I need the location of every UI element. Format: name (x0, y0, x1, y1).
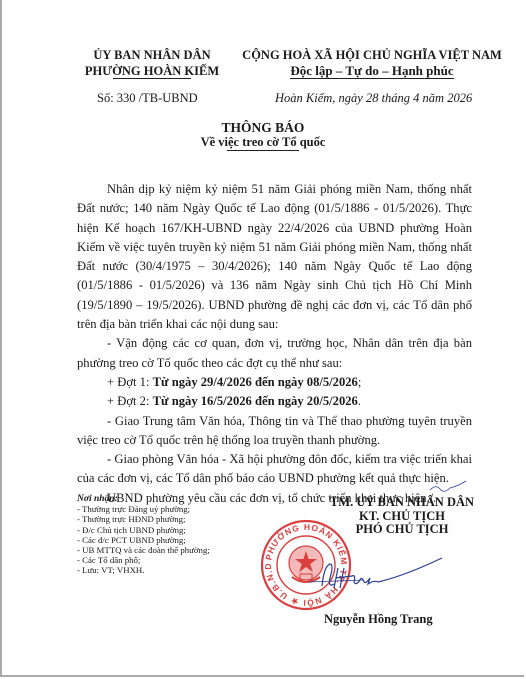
issuing-agency: ỦY BAN NHÂN DÂN PHƯỜNG HOÀN KIẾM (62, 48, 242, 80)
sign-line-1: TM. UỶ BAN NHÂN DÂN (302, 496, 502, 510)
document-number: Số: 330 /TB-UBND (97, 91, 198, 106)
agency-line-2: PHƯỜNG HOÀN KIẾM (85, 64, 219, 78)
recipient-item: - UB MTTQ và các đoàn thể phường; (77, 545, 267, 555)
handwritten-signature-icon (304, 556, 444, 596)
item-2: - Giao Trung tâm Văn hóa, Thông tin và T… (77, 412, 472, 451)
title-main: THÔNG BÁO (2, 120, 524, 135)
recipient-item: - Lưu: VT; VHXH. (77, 565, 267, 575)
phase-2-dates: Từ ngày 16/5/2026 đến ngày 20/5/2026 (153, 394, 358, 408)
recipient-item: - Đ/c Chủ tịch UBND phường; (77, 525, 267, 535)
item-1: - Vận động các cơ quan, đơn vị, trường h… (77, 334, 472, 373)
motto: Độc lập – Tự do – Hạnh phúc (290, 63, 453, 79)
phase-1: + Đợt 1: Từ ngày 29/4/2026 đến ngày 08/5… (77, 373, 472, 392)
place-date: Hoàn Kiếm, ngày 28 tháng 4 năm 2026 (275, 91, 472, 106)
agency-line-1: ỦY BAN NHÂN DÂN (62, 48, 242, 62)
initial-mark-icon (428, 480, 468, 494)
phase-2-label: + Đợt 2: (107, 394, 153, 408)
recipient-item: - Thường trực HĐND phường; (77, 514, 267, 524)
phase-1-label: + Đợt 1: (107, 375, 153, 389)
document-title: THÔNG BÁO Về việc treo cờ Tổ quốc (2, 120, 524, 151)
document-page: ỦY BAN NHÂN DÂN PHƯỜNG HOÀN KIẾM CỘNG HO… (0, 0, 524, 677)
phase-1-end: ; (358, 375, 362, 389)
item-3: - Giao phòng Văn hóa - Xã hội phường đôn… (77, 450, 472, 489)
recipient-item: - Các Tổ dân phố; (77, 555, 267, 565)
recipient-item: - Các đ/c PCT UBND phường; (77, 535, 267, 545)
title-divider (227, 150, 299, 151)
phase-1-dates: Từ ngày 29/4/2026 đến ngày 08/5/2026 (153, 375, 358, 389)
signer-name: Nguyễn Hồng Trang (324, 612, 433, 627)
phase-2-end: . (358, 394, 361, 408)
recipients-title: Nơi nhận: (77, 494, 267, 504)
intro-paragraph: Nhân dịp kỷ niệm kỷ niệm 51 năm Giải phó… (77, 180, 472, 334)
recipient-item: - Thường trực Đảng uỷ phường; (77, 504, 267, 514)
document-body: Nhân dịp kỷ niệm kỷ niệm 51 năm Giải phó… (77, 180, 472, 508)
recipients-list: Nơi nhận: - Thường trực Đảng uỷ phường; … (77, 494, 267, 576)
national-motto: CỘNG HOÀ XÃ HỘI CHỦ NGHĨA VIỆT NAM Độc l… (242, 48, 502, 80)
country-name: CỘNG HOÀ XÃ HỘI CHỦ NGHĨA VIỆT NAM (242, 48, 502, 62)
phase-2: + Đợt 2: Từ ngày 16/5/2026 đến ngày 20/5… (77, 392, 472, 411)
title-subject: Về việc treo cờ Tổ quốc (2, 135, 524, 149)
